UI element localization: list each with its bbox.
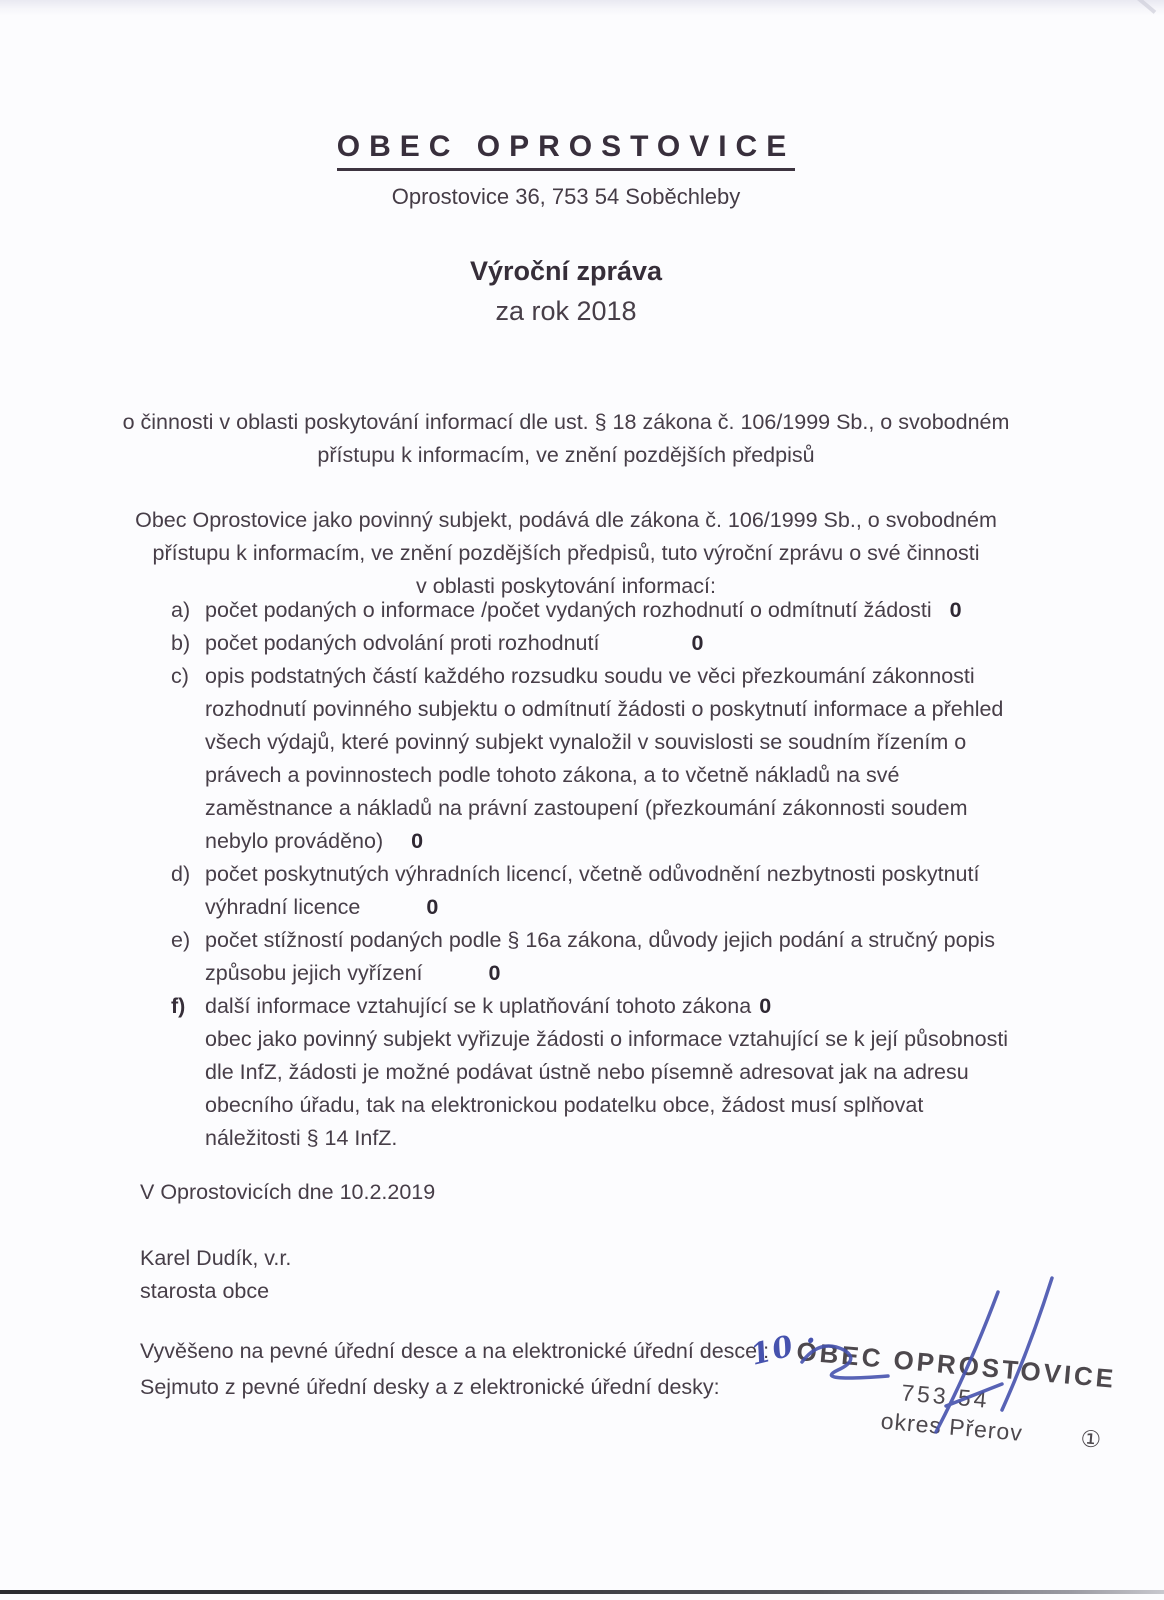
posted-on-board-line: Vyvěšeno na pevné úřední desce a na elek… (140, 1339, 769, 1364)
item-c-line-1: c)opis podstatných částí každého rozsudk… (205, 660, 1164, 693)
item-c-text-3: všech výdajů, které povinný subjekt vyna… (205, 730, 966, 754)
intro-p1-line-2: přístupu k informacím, ve znění pozdější… (0, 439, 1132, 472)
item-c-text-4: právech a povinnostech podle tohoto záko… (205, 763, 899, 787)
item-c-label: c) (171, 660, 189, 693)
item-f-line-5: náležitosti § 14 InfZ. (205, 1122, 1164, 1155)
scanner-edge-shadow-bottom (0, 1590, 1164, 1594)
item-a: a)počet podaných o informace /počet vyda… (205, 594, 1164, 627)
item-c-line-5: zaměstnance a nákladů na právní zastoupe… (205, 792, 1164, 825)
report-items-list: a)počet podaných o informace /počet vyda… (0, 594, 1164, 1155)
item-f-label: f) (171, 990, 185, 1023)
intro-paragraph-1: o činnosti v oblasti poskytování informa… (0, 406, 1132, 472)
item-a-text: počet podaných o informace /počet vydaný… (205, 598, 932, 622)
item-f-text-1: další informace vztahující se k uplatňov… (205, 994, 751, 1018)
item-c-line-4: právech a povinnostech podle tohoto záko… (205, 759, 1164, 792)
item-c-text-6: nebylo prováděno) (205, 829, 383, 853)
item-b: b)počet podaných odvolání proti rozhodnu… (205, 627, 1164, 660)
signer-name: Karel Dudík, v.r. (140, 1246, 291, 1271)
organization-name: OBEC OPROSTOVICE (337, 130, 796, 171)
document-title: Výroční zpráva (0, 256, 1132, 287)
item-f-text-3: dle InfZ, žádosti je možné podávat ústně… (205, 1060, 969, 1084)
item-e-text-1: počet stížností podaných podle § 16a zák… (205, 928, 995, 952)
item-c-text-5: zaměstnance a nákladů na právní zastoupe… (205, 796, 968, 820)
item-d-line-1: d)počet poskytnutých výhradních licencí,… (205, 858, 1164, 891)
item-d-label: d) (171, 858, 190, 891)
intro-p2-line-1: Obec Oprostovice jako povinný subjekt, p… (0, 504, 1132, 537)
scanned-document-page: OBEC OPROSTOVICE Oprostovice 36, 753 54 … (0, 0, 1164, 1600)
item-f-line-2: obec jako povinný subjekt vyřizuje žádos… (205, 1023, 1164, 1056)
item-e-text-2: způsobu jejich vyřízení (205, 961, 423, 985)
item-c-line-3: všech výdajů, které povinný subjekt vyna… (205, 726, 1164, 759)
item-d-value: 0 (426, 895, 438, 919)
item-f-text-5: náležitosti § 14 InfZ. (205, 1126, 397, 1150)
handwritten-ink-strokes (740, 1270, 1164, 1490)
document-header: OBEC OPROSTOVICE Oprostovice 36, 753 54 … (0, 130, 1132, 327)
item-e-label: e) (171, 924, 190, 957)
item-f-line-1: f)další informace vztahující se k uplatň… (205, 990, 1164, 1023)
intro-p1-line-1: o činnosti v oblasti poskytování informa… (0, 406, 1132, 439)
item-f-line-3: dle InfZ, žádosti je možné podávat ústně… (205, 1056, 1164, 1089)
item-c-line-6: nebylo prováděno)0 (205, 825, 1164, 858)
item-c-text-2: rozhodnutí povinného subjektu o odmítnut… (205, 697, 1003, 721)
place-and-date: V Oprostovicích dne 10.2.2019 (140, 1180, 435, 1205)
item-e-value: 0 (489, 961, 501, 985)
item-d-text-2: výhradní licence (205, 895, 360, 919)
item-b-label: b) (171, 627, 190, 660)
removed-from-board-line: Sejmuto z pevné úřední desky a z elektro… (140, 1375, 720, 1400)
item-d-line-2: výhradní licence0 (205, 891, 1164, 924)
item-c-value: 0 (411, 829, 423, 853)
organization-address: Oprostovice 36, 753 54 Soběchleby (0, 184, 1132, 210)
scanner-edge-shadow-top (0, 0, 1164, 16)
item-e-line-2: způsobu jejich vyřízení0 (205, 957, 1164, 990)
item-b-text: počet podaných odvolání proti rozhodnutí (205, 631, 599, 655)
item-d-text-1: počet poskytnutých výhradních licencí, v… (205, 862, 979, 886)
intro-p2-line-2: přístupu k informacím, ve znění pozdější… (0, 537, 1132, 570)
item-c-line-2: rozhodnutí povinného subjektu o odmítnut… (205, 693, 1164, 726)
item-c-text-1: opis podstatných částí každého rozsudku … (205, 664, 975, 688)
item-f-text-2: obec jako povinný subjekt vyřizuje žádos… (205, 1027, 1008, 1051)
item-f-value: 0 (759, 994, 771, 1018)
item-f-line-4: obecního úřadu, tak na elektronickou pod… (205, 1089, 1164, 1122)
item-f-text-4: obecního úřadu, tak na elektronickou pod… (205, 1093, 923, 1117)
item-a-value: 0 (950, 598, 962, 622)
signer-role: starosta obce (140, 1279, 269, 1304)
item-e-line-1: e)počet stížností podaných podle § 16a z… (205, 924, 1164, 957)
item-a-label: a) (171, 594, 190, 627)
intro-paragraph-2: Obec Oprostovice jako povinný subjekt, p… (0, 504, 1132, 603)
item-b-value: 0 (691, 631, 703, 655)
document-subtitle: za rok 2018 (0, 296, 1132, 327)
